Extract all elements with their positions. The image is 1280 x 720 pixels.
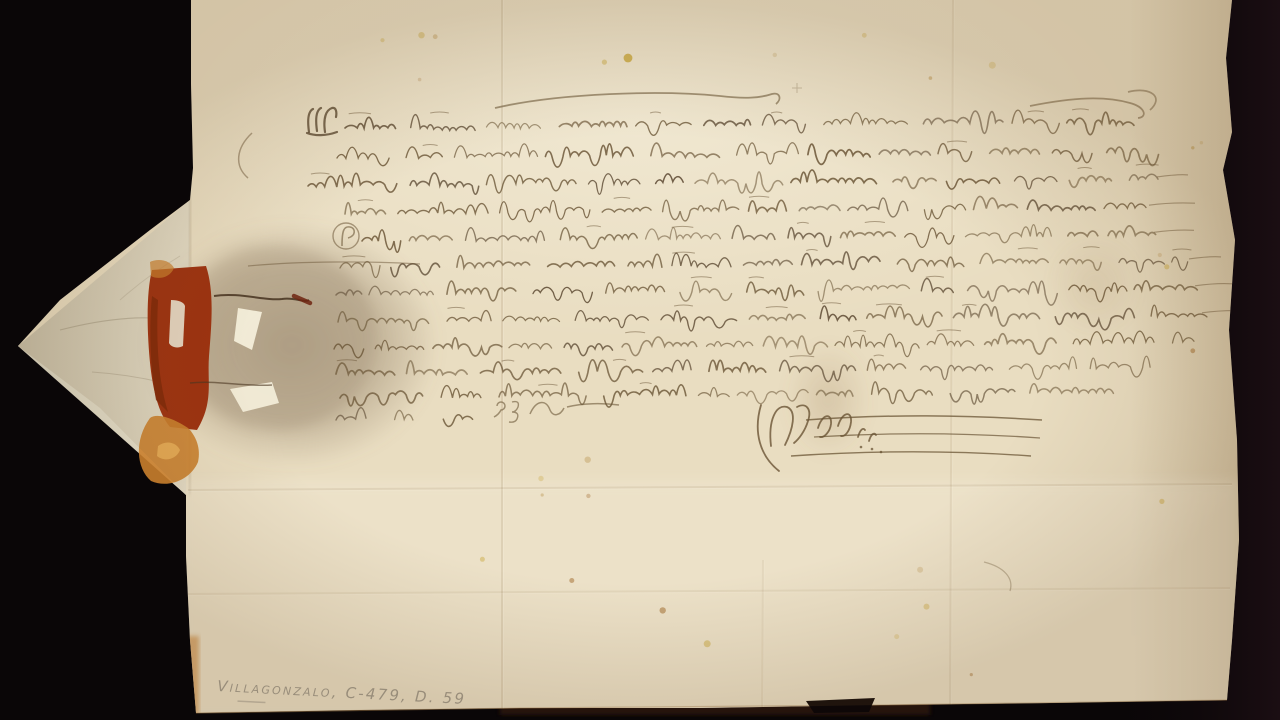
manuscript-photograph: Villagonzalo, C-479, D. 59: [0, 0, 1280, 720]
vignette-overlay: [0, 0, 1280, 720]
photo-vignette: [0, 0, 1280, 720]
manuscript-scene: Villagonzalo, C-479, D. 59: [0, 0, 1280, 720]
